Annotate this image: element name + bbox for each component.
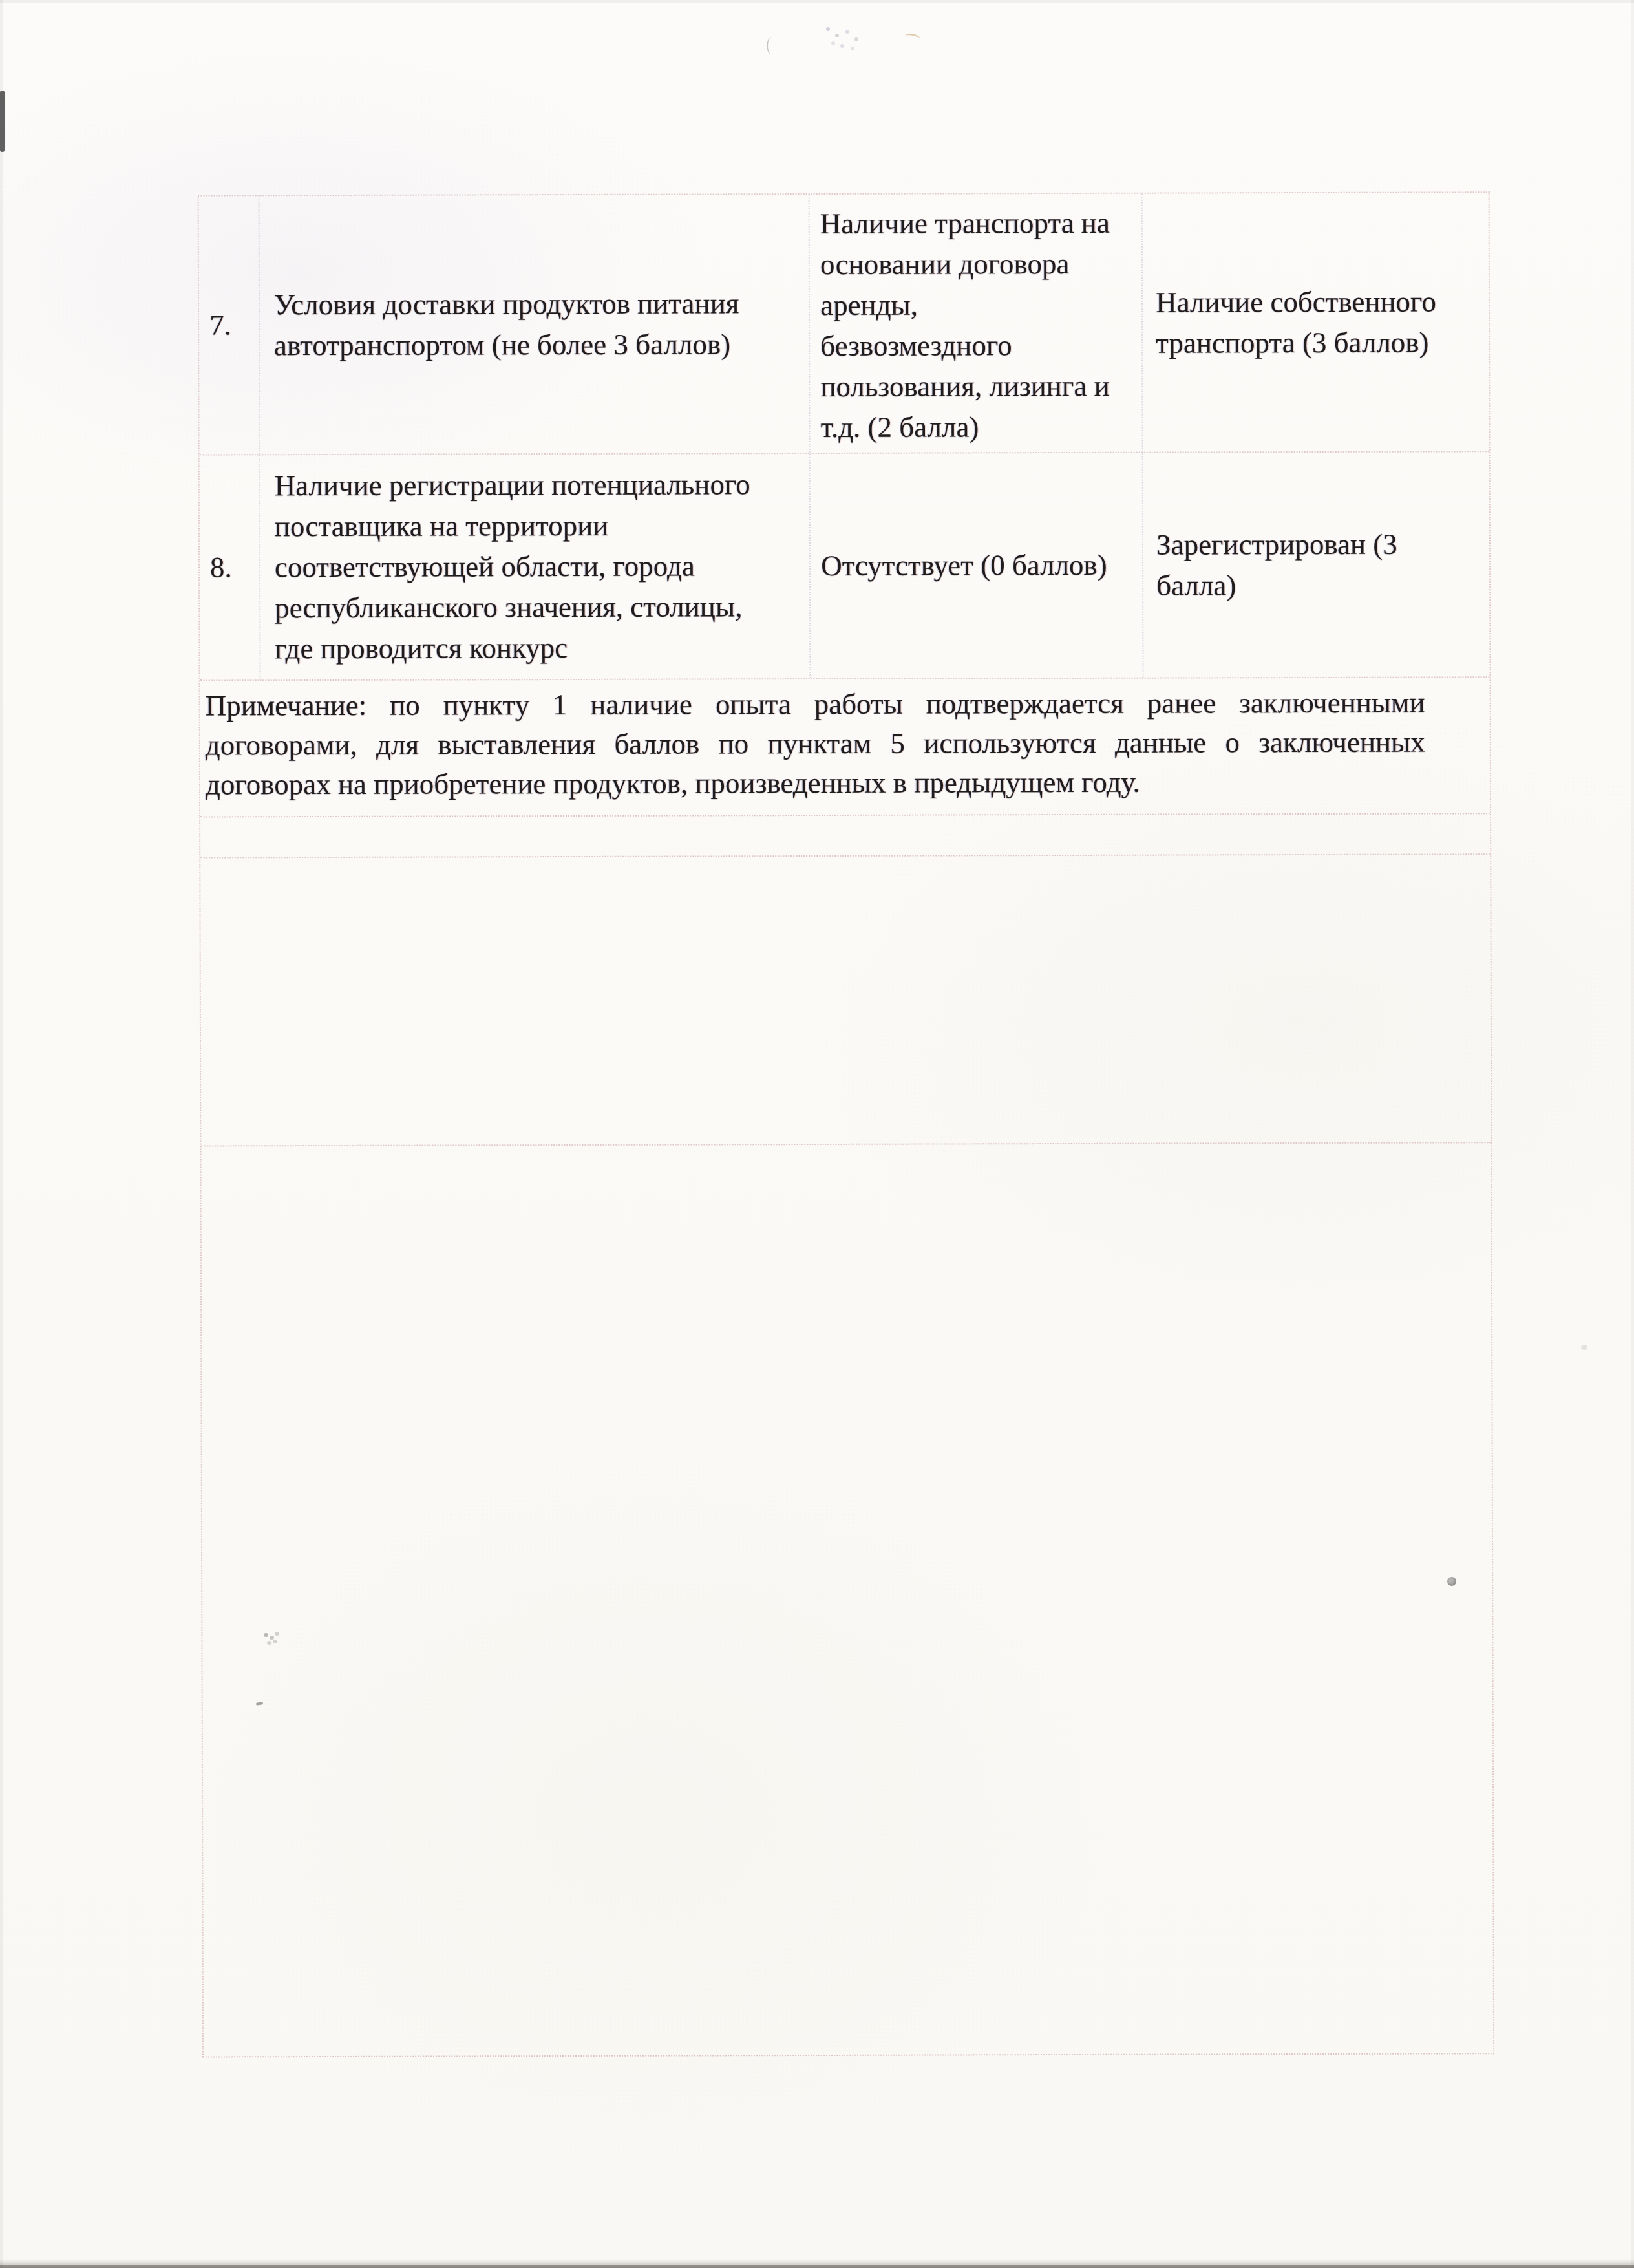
score-option-1-cell: Отсутствует (0 баллов) xyxy=(809,453,1143,678)
score-option-line: аренды, xyxy=(820,285,918,326)
criterion-line: соответствующей области, города xyxy=(275,546,695,588)
row-number-cell: 7. xyxy=(199,196,259,454)
score-option-line: т.д. (2 балла) xyxy=(821,407,979,448)
note-line: договорами, для выставления баллов по пу… xyxy=(206,723,1425,765)
score-option-2-cell: Наличие собственного транспорта (3 балло… xyxy=(1141,193,1489,451)
note-line: договорах на приобретение продуктов, про… xyxy=(206,762,1425,805)
criterion-cell: Наличие регистрации потенциального поста… xyxy=(259,454,809,679)
criterion-line: где проводится конкурс xyxy=(275,628,568,669)
score-option-line: безвозмездного xyxy=(820,325,1012,367)
score-option-line: Наличие транспорта на xyxy=(820,203,1110,244)
row-number: 7. xyxy=(209,305,231,345)
criterion-line: поставщика на территории xyxy=(275,506,609,547)
criterion-line: автотранспортом (не более 3 баллов) xyxy=(274,324,730,366)
criterion-line: республиканского значения, столицы, xyxy=(275,586,742,628)
empty-row xyxy=(200,814,1490,858)
score-option-line: Отсутствует (0 баллов) xyxy=(821,545,1107,586)
table-row-7: 7. Условия доставки продуктов питания ав… xyxy=(199,193,1489,455)
score-option-line: Наличие собственного xyxy=(1156,281,1436,323)
table-row-8: 8. Наличие регистрации потенциального по… xyxy=(200,452,1490,681)
criterion-cell: Условия доставки продуктов питания автот… xyxy=(258,195,809,454)
score-option-line: пользования, лизинга и xyxy=(820,366,1109,407)
score-option-line: основании договора xyxy=(820,244,1070,285)
note-line: Примечание: по пункту 1 наличие опыта ра… xyxy=(206,683,1425,726)
criteria-score-table: 7. Условия доставки продуктов питания ав… xyxy=(198,191,1495,2057)
scanned-page: 7. Условия доставки продуктов питания ав… xyxy=(0,0,1634,2268)
empty-row xyxy=(200,855,1491,1146)
score-option-1-cell: Наличие транспорта на основании договора… xyxy=(809,194,1142,453)
score-option-line: балла) xyxy=(1156,565,1236,606)
criterion-line: Наличие регистрации потенциального xyxy=(275,464,750,506)
page-content: 7. Условия доставки продуктов питания ав… xyxy=(0,0,1634,2268)
score-option-line: транспорта (3 баллов) xyxy=(1156,322,1428,363)
empty-row xyxy=(201,1143,1493,2059)
note-row: Примечание: по пункту 1 наличие опыта ра… xyxy=(200,678,1491,817)
row-number-cell: 8. xyxy=(200,455,260,679)
score-option-line: Зарегистрирован (3 xyxy=(1156,524,1397,565)
criterion-line: Условия доставки продуктов питания xyxy=(274,283,739,325)
score-option-2-cell: Зарегистрирован (3 балла) xyxy=(1142,452,1490,677)
row-number: 8. xyxy=(210,547,232,588)
